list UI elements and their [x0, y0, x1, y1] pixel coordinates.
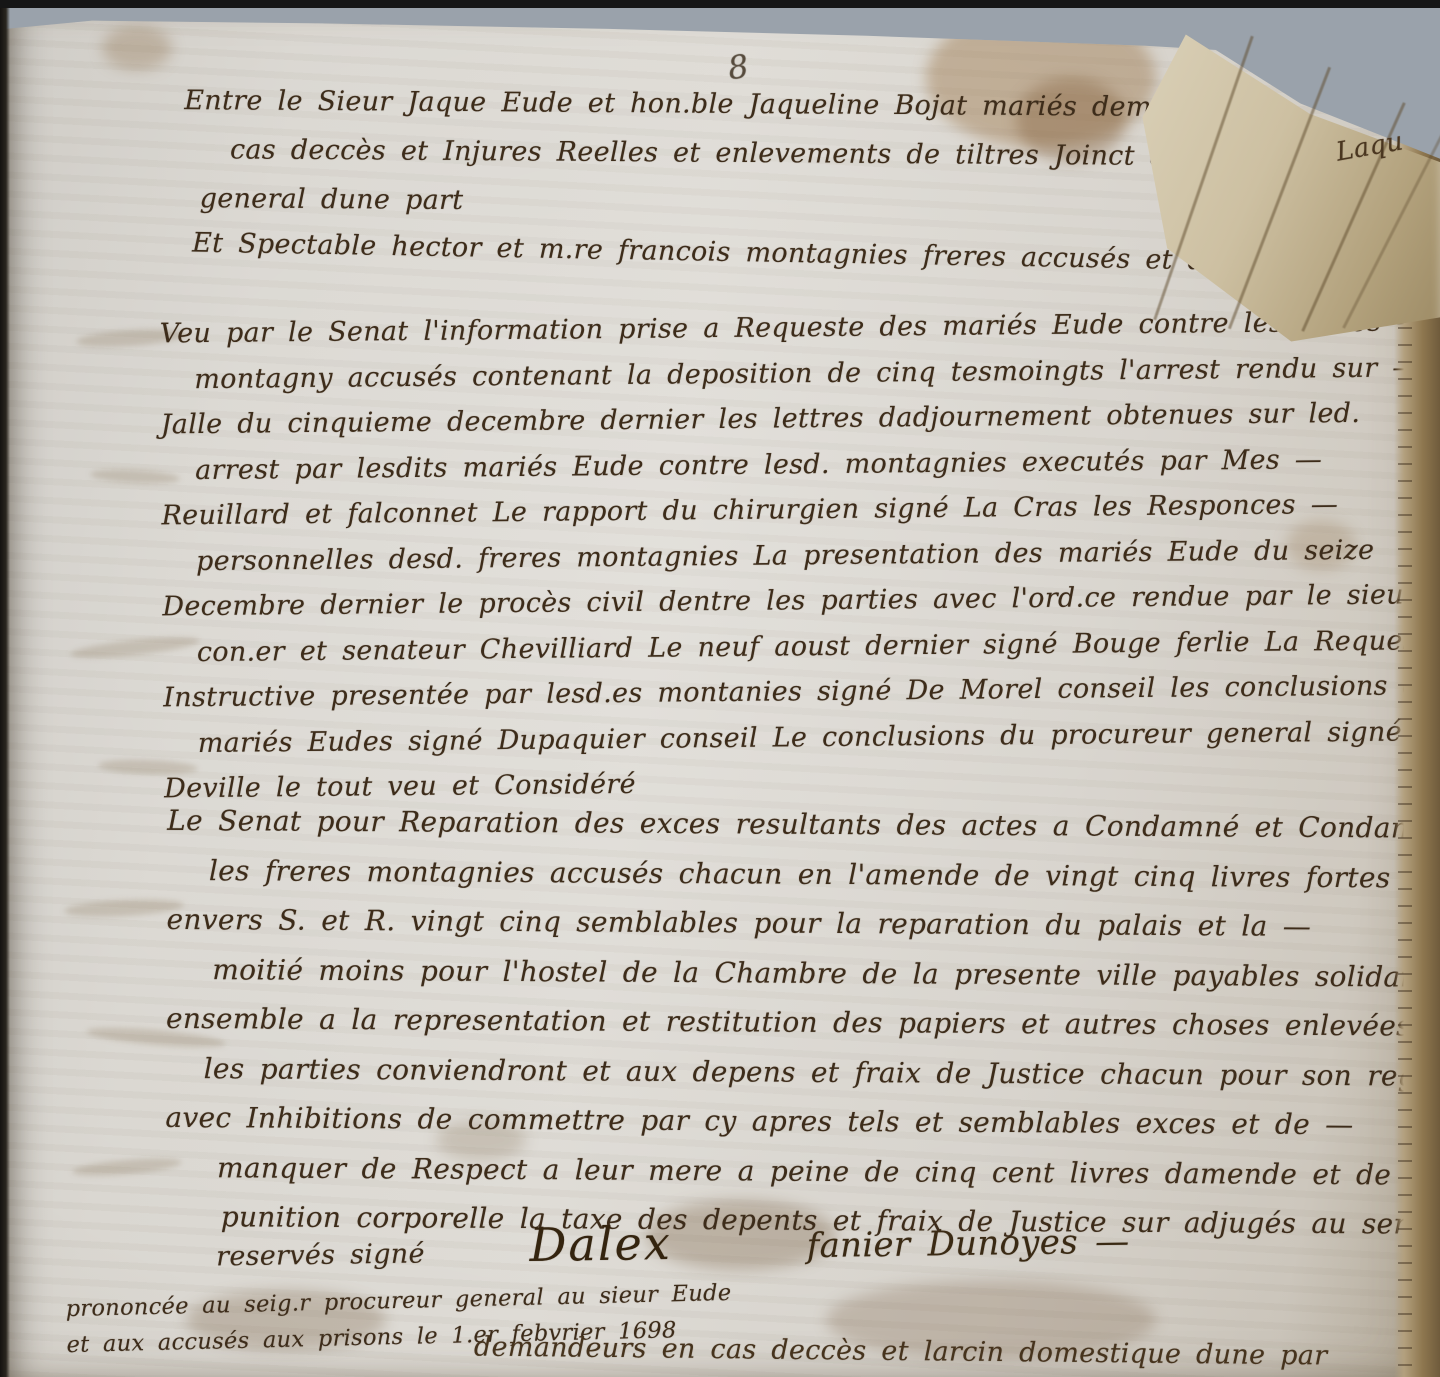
paragraph-sentence-du-senat: Le Senat pour Reparation des exces resul… — [165, 796, 1440, 1250]
signature-row: reservés signé Dalex fanier Dunoyes — — [216, 1210, 1130, 1277]
manuscript-line: avec Inhibitions de commettre par cy apr… — [165, 1093, 1440, 1151]
page-number: 8 — [725, 47, 751, 88]
manuscript-line: moitié moins pour l'hostel de la Chambre… — [212, 945, 1440, 1002]
signature-label: reservés signé — [216, 1238, 425, 1272]
photo-frame-left-edge — [0, 0, 10, 1377]
photo-frame-top-edge — [0, 0, 1440, 8]
manuscript-line: manquer de Respect a leur mere a peine d… — [217, 1143, 1440, 1200]
folded-corner — [1130, 0, 1440, 345]
fore-edge-ticks — [1398, 310, 1412, 1370]
manuscript-line: les freres montagnies accusés chacun en … — [209, 846, 1440, 903]
manuscript-line: envers S. et R. vingt cinq semblables po… — [166, 895, 1440, 953]
next-entry-fragment: demandeurs en cas deccès et larcin domes… — [474, 1332, 1328, 1372]
manuscript-line: les parties conviendront et aux depens e… — [204, 1044, 1440, 1101]
manuscript-line: Le Senat pour Reparation des exces resul… — [167, 796, 1440, 854]
signature-dalex: Dalex — [529, 1216, 672, 1272]
signature-dunoyes: fanier Dunoyes — — [806, 1222, 1129, 1267]
paragraph-vu-de-la-procedure: Veu par le Senat l'information prise a R… — [160, 299, 1440, 812]
manuscript-line: ensemble a la representation et restitut… — [166, 994, 1440, 1052]
ink-stain — [102, 26, 172, 70]
